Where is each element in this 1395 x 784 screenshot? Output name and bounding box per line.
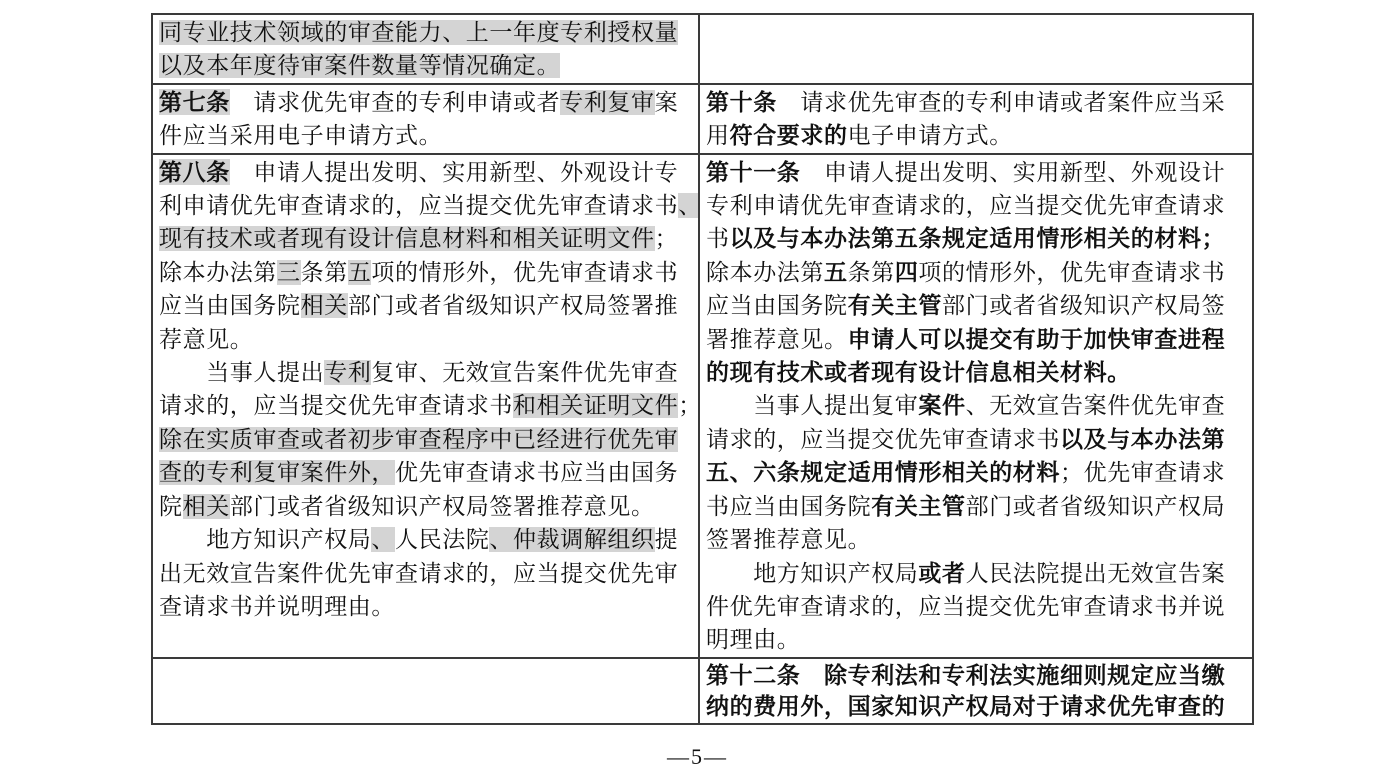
text-run: 案 [655, 90, 679, 115]
text-line: 请求的，应当提交优先审查请求书和相关证明文件； [159, 389, 694, 422]
highlighted-text-run: 现有技术或者现有设计信息材料和相关证明文件 [159, 226, 655, 251]
old-text-cell: 第八条 申请人提出发明、实用新型、外观设计专利申请优先审查请求的，应当提交优先审… [152, 154, 699, 658]
text-line: 件优先审查请求的，应当提交优先审查请求书并说 [706, 590, 1248, 623]
page-number: —5— [0, 744, 1395, 770]
text-line: 应当由国务院有关主管部门或者省级知识产权局签 [706, 289, 1248, 322]
text-line: 地方知识产权局、人民法院、仲裁调解组织提 [159, 523, 694, 556]
highlighted-text-run: 、仲裁调解组织 [489, 527, 654, 552]
text-run: 地方知识产权局 [159, 527, 371, 552]
text-run: 项的情形外，优先审查请求书 [371, 260, 678, 285]
bold-text-run: 纳的费用外，国家知识产权局对于请求优先审查的 [706, 693, 1225, 719]
text-line: 纳的费用外，国家知识产权局对于请求优先审查的 [706, 691, 1248, 723]
text-run: 件应当采用电子申请方式。 [159, 123, 442, 148]
text-run: 除本办法第 [706, 260, 824, 285]
text-line: 书以及与本办法第五条规定适用情形相关的材料； [706, 222, 1248, 255]
text-line: 同专业技术领域的审查能力、上一年度专利授权量 [159, 16, 694, 49]
text-run: 请求优先审查的专利申请或者案件应当采 [777, 90, 1225, 115]
highlighted-text-run: 相关 [183, 494, 230, 519]
text-run: 当事人提出 [159, 360, 324, 385]
highlighted-text-run: 专利复审 [560, 90, 654, 115]
text-line: 当事人提出专利复审、无效宣告案件优先审查 [159, 356, 694, 389]
text-run: 部门或者省级知识产权局签署推 [348, 293, 678, 318]
highlighted-text-run: 同专业技术领域的审查能力、上一年度专利授权量 [159, 20, 678, 45]
table-row: 第七条 请求优先审查的专利申请或者专利复审案件应当采用电子申请方式。 第十条 请… [152, 84, 1253, 154]
text-run: 专利申请优先审查请求的，应当提交优先审查请求 [706, 193, 1225, 218]
new-text-cell [699, 14, 1253, 84]
bold-text-run: 的现有技术或者现有设计信息相关材料。 [706, 359, 1131, 385]
text-line: 第八条 申请人提出发明、实用新型、外观设计专 [159, 156, 694, 189]
text-run: 用 [706, 123, 730, 148]
table-row: 同专业技术领域的审查能力、上一年度专利授权量以及本年度待审案件数量等情况确定。 [152, 14, 1253, 84]
text-line: 现有技术或者现有设计信息材料和相关证明文件； [159, 222, 694, 255]
bold-text-run: 以及与本办法第五条规定适用情形相关的材料； [730, 225, 1226, 251]
text-run: 复审、无效宣告案件优先审查 [371, 360, 678, 385]
text-line: 署推荐意见。申请人可以提交有助于加快审查进程 [706, 323, 1248, 356]
text-run: 除本办法第 [159, 260, 277, 285]
text-run: 署推荐意见。 [706, 327, 848, 352]
text-run: 件优先审查请求的，应当提交优先审查请求书并说 [706, 594, 1225, 619]
text-run: 院 [159, 494, 183, 519]
text-line: 第十二条 除专利法和专利法实施细则规定应当缴 [706, 660, 1248, 692]
bold-text-run: 以及与本办法第 [1060, 426, 1225, 452]
text-run: 书 [706, 226, 730, 251]
text-run: 查请求书并说明理由。 [159, 594, 395, 619]
text-run: 部门或者省级知识产权局 [966, 494, 1226, 519]
text-run: 当事人提出复审 [706, 393, 918, 418]
bold-text-run: 或者 [918, 560, 965, 586]
text-run: 书应当由国务院 [706, 494, 871, 519]
text-run: 申请人提出发明、实用新型、外观设计专 [230, 160, 678, 185]
table-row: 第十二条 除专利法和专利法实施细则规定应当缴纳的费用外，国家知识产权局对于请求优… [152, 658, 1253, 724]
comparison-table: 同专业技术领域的审查能力、上一年度专利授权量以及本年度待审案件数量等情况确定。 … [151, 13, 1254, 725]
text-run: 地方知识产权局 [706, 561, 918, 586]
new-text-cell: 第十条 请求优先审查的专利申请或者案件应当采用符合要求的电子申请方式。 [699, 84, 1253, 154]
text-run: 人民法院 [395, 527, 489, 552]
text-line: 查请求书并说明理由。 [159, 590, 694, 623]
text-run: 条第 [301, 260, 348, 285]
text-run: ； [655, 226, 679, 251]
text-line: 书应当由国务院有关主管部门或者省级知识产权局 [706, 490, 1248, 523]
text-run: 部门或者省级知识产权局签署推荐意见。 [230, 494, 655, 519]
text-line: 签署推荐意见。 [706, 523, 1248, 556]
highlighted-text-run: 以及本年度待审案件数量等情况确定。 [159, 53, 560, 78]
text-run: 优先审查请求书应当由国务 [395, 460, 678, 485]
text-line: 当事人提出复审案件、无效宣告案件优先审查 [706, 389, 1248, 422]
text-run: 人民法院提出无效宣告案 [966, 561, 1226, 586]
text-line: 除本办法第五条第四项的情形外，优先审查请求书 [706, 256, 1248, 289]
text-line: 件应当采用电子申请方式。 [159, 119, 694, 152]
text-line: 专利申请优先审查请求的，应当提交优先审查请求 [706, 189, 1248, 222]
new-text-cell: 第十二条 除专利法和专利法实施细则规定应当缴纳的费用外，国家知识产权局对于请求优… [699, 658, 1253, 724]
text-line: 荐意见。 [159, 323, 694, 356]
bold-text-run: 有关主管 [871, 493, 965, 519]
text-run: 出无效宣告案件优先审查请求的，应当提交优先审 [159, 561, 678, 586]
text-run: 利申请优先审查请求的，应当提交优先审查请求书 [159, 193, 678, 218]
highlighted-text-run: 三 [277, 260, 301, 285]
text-line: 查的专利复审案件外，优先审查请求书应当由国务 [159, 456, 694, 489]
text-run: 应当由国务院 [706, 293, 848, 318]
text-line: 用符合要求的电子申请方式。 [706, 119, 1248, 152]
highlighted-text-run: 、 [678, 193, 699, 218]
new-text-cell: 第十一条 申请人提出发明、实用新型、外观设计专利申请优先审查请求的，应当提交优先… [699, 154, 1253, 658]
text-line: 第十条 请求优先审查的专利申请或者案件应当采 [706, 86, 1248, 119]
bold-text-run: 五、六条规定适用情形相关的材料 [706, 459, 1060, 485]
text-line: 请求的，应当提交优先审查请求书以及与本办法第 [706, 423, 1248, 456]
bold-text-run: 有关主管 [848, 292, 942, 318]
text-run: 请求的，应当提交优先审查请求书 [159, 393, 513, 418]
highlighted-text-run: 五 [348, 260, 372, 285]
text-run: ；优先审查请求 [1060, 460, 1225, 485]
text-line: 除本办法第三条第五项的情形外，优先审查请求书 [159, 256, 694, 289]
old-text-cell [152, 658, 699, 724]
bold-text-run: 第十一条 [706, 159, 800, 185]
highlighted-text-run: 相关 [301, 293, 348, 318]
text-run: 签署推荐意见。 [706, 527, 871, 552]
text-run: ； [678, 393, 699, 418]
text-run: 条第 [848, 260, 895, 285]
text-line: 院相关部门或者省级知识产权局签署推荐意见。 [159, 490, 694, 523]
highlighted-text-run: 第八条 [159, 159, 230, 185]
text-run: 、无效宣告案件优先审查 [966, 393, 1226, 418]
text-line: 地方知识产权局或者人民法院提出无效宣告案 [706, 557, 1248, 590]
highlighted-text-run: 第七条 [159, 89, 230, 115]
text-run: 部门或者省级知识产权局签 [942, 293, 1225, 318]
highlighted-text-run: 查的专利复审案件外， [159, 460, 395, 485]
highlighted-text-run: 和相关证明文件 [513, 393, 678, 418]
highlighted-text-run: 除在实质审查或者初步审查程序中已经进行优先审 [159, 427, 678, 452]
highlighted-text-run: 专利 [324, 360, 371, 385]
text-run: 项的情形外，优先审查请求书 [918, 260, 1225, 285]
text-line: 的现有技术或者现有设计信息相关材料。 [706, 356, 1248, 389]
text-run: 提 [655, 527, 679, 552]
text-line: 除在实质审查或者初步审查程序中已经进行优先审 [159, 423, 694, 456]
text-line: 五、六条规定适用情形相关的材料；优先审查请求 [706, 456, 1248, 489]
bold-text-run: 申请人可以提交有助于加快审查进程 [848, 326, 1226, 352]
text-line: 第七条 请求优先审查的专利申请或者专利复审案 [159, 86, 694, 119]
text-run: 应当由国务院 [159, 293, 301, 318]
bold-text-run: 五 [824, 259, 848, 285]
text-line: 应当由国务院相关部门或者省级知识产权局签署推 [159, 289, 694, 322]
bold-text-run: 第十二条 除专利法和专利法实施细则规定应当缴 [706, 662, 1225, 688]
bold-text-run: 第十条 [706, 89, 777, 115]
text-run: 请求的，应当提交优先审查请求书 [706, 427, 1060, 452]
text-line: 以及本年度待审案件数量等情况确定。 [159, 49, 694, 82]
text-run: 请求优先审查的专利申请或者 [230, 90, 560, 115]
text-run: 明理由。 [706, 627, 800, 652]
text-run: 荐意见。 [159, 327, 253, 352]
text-line: 利申请优先审查请求的，应当提交优先审查请求书、 [159, 189, 694, 222]
bold-text-run: 案件 [918, 392, 965, 418]
text-run: 申请人提出发明、实用新型、外观设计 [800, 160, 1225, 185]
bold-text-run: 四 [895, 259, 919, 285]
highlighted-text-run: 、 [371, 527, 395, 552]
table-row: 第八条 申请人提出发明、实用新型、外观设计专利申请优先审查请求的，应当提交优先审… [152, 154, 1253, 658]
text-line: 出无效宣告案件优先审查请求的，应当提交优先审 [159, 557, 694, 590]
bold-text-run: 符合要求的 [730, 122, 848, 148]
text-run: 电子申请方式。 [848, 123, 1013, 148]
document-page: 同专业技术领域的审查能力、上一年度专利授权量以及本年度待审案件数量等情况确定。 … [0, 0, 1395, 784]
old-text-cell: 同专业技术领域的审查能力、上一年度专利授权量以及本年度待审案件数量等情况确定。 [152, 14, 699, 84]
old-text-cell: 第七条 请求优先审查的专利申请或者专利复审案件应当采用电子申请方式。 [152, 84, 699, 154]
text-line: 明理由。 [706, 623, 1248, 656]
text-line: 第十一条 申请人提出发明、实用新型、外观设计 [706, 156, 1248, 189]
